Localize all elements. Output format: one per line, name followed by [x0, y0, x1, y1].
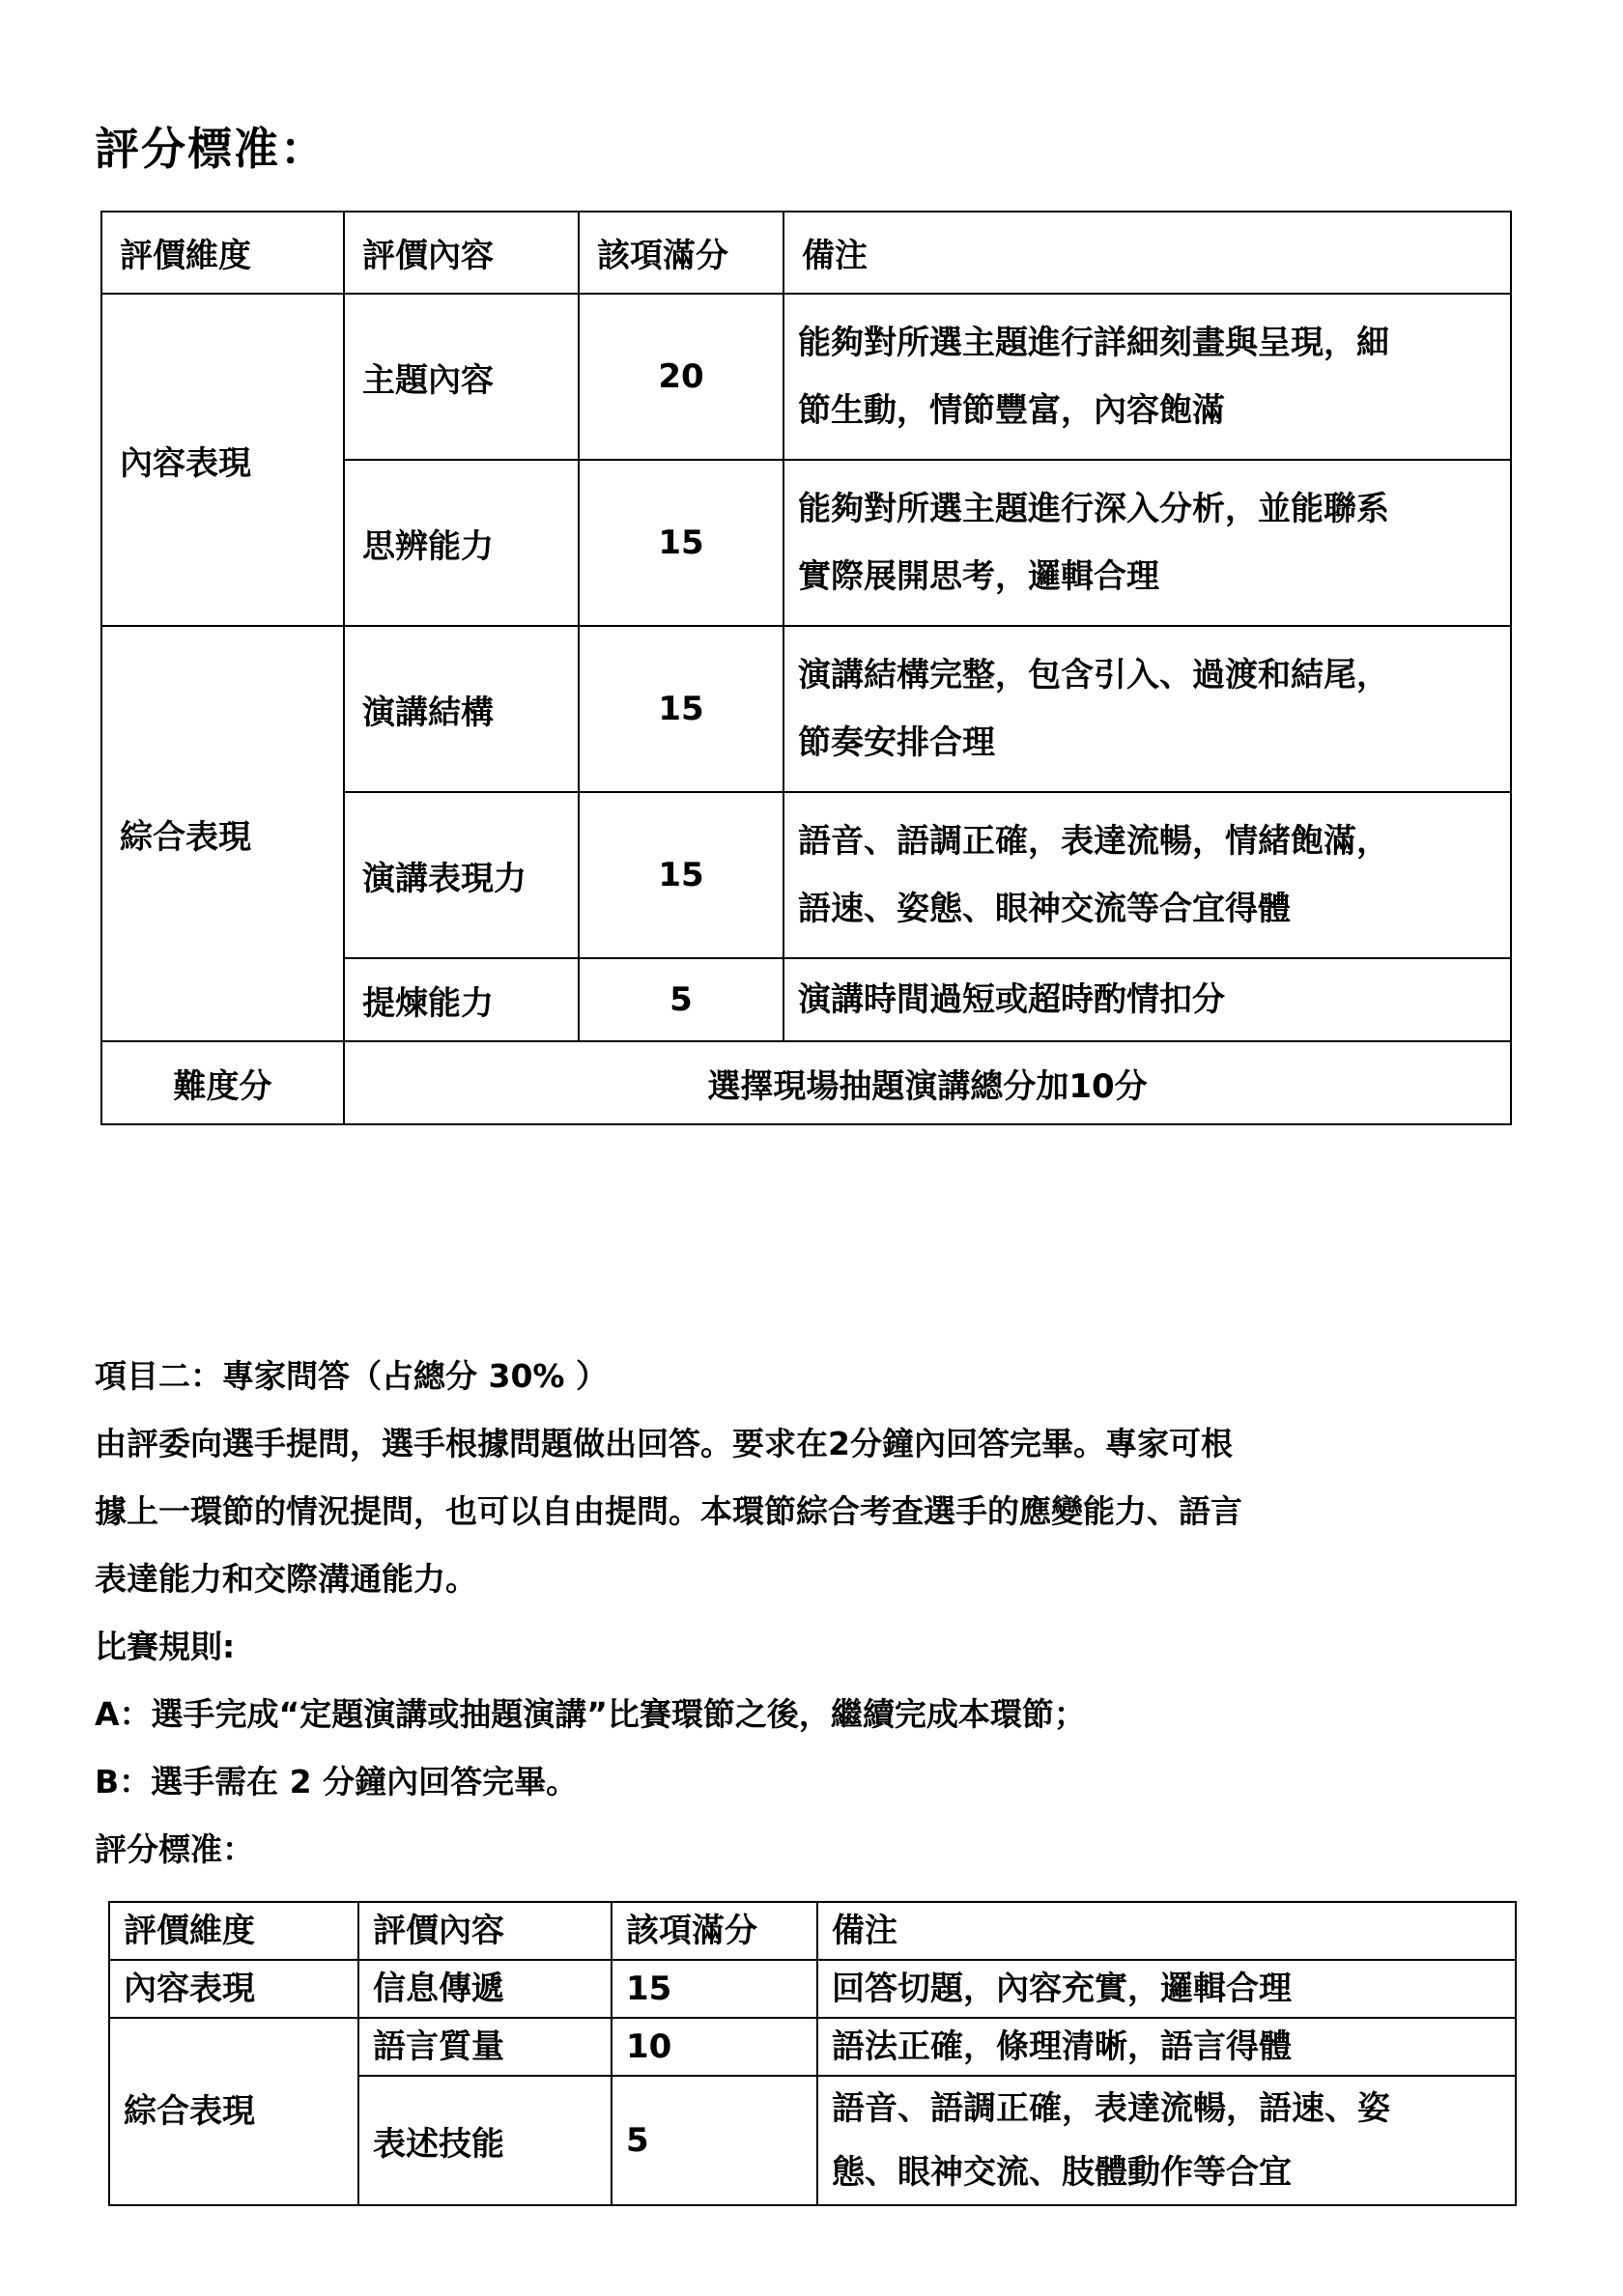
bonus-text: 選擇現場抽題演講總分加10分: [344, 1041, 1511, 1124]
note-line: 語音、語調正確，表達流暢，情緒飽滿，: [798, 808, 1510, 875]
score-cell: 15: [579, 626, 783, 792]
description-line: 表達能力和交際溝通能力。: [95, 1545, 1524, 1613]
score-cell: 10: [612, 2018, 817, 2076]
criteria-title: 評分標准：: [95, 1816, 1524, 1884]
note-cell: 回答切題，內容充實，邏輯合理: [817, 1960, 1516, 2018]
item-cell: 語言質量: [358, 2018, 612, 2076]
note-line: 語音、語調正確，表達流暢，語速、姿: [832, 2077, 1515, 2140]
score-cell: 5: [579, 958, 783, 1041]
item-cell: 表述技能: [358, 2076, 612, 2205]
item-cell: 演講結構: [344, 626, 579, 792]
rule-a: A：選手完成“定題演講或抽題演講”比賽環節之後，繼續完成本環節；: [95, 1681, 1524, 1748]
note-cell: 語音、語調正確，表達流暢，情緒飽滿， 語速、姿態、眼神交流等合宜得體: [783, 792, 1511, 958]
rule-b: B：選手需在 2 分鐘內回答完畢。: [95, 1748, 1524, 1816]
note-line: 節生動，情節豐富，內容飽滿: [798, 377, 1510, 444]
header-full-score: 該項滿分: [612, 1902, 817, 1960]
note-cell: 語音、語調正確，表達流暢，語速、姿 態、眼神交流、肢體動作等合宜: [817, 2076, 1516, 2205]
header-content: 評價內容: [344, 212, 579, 294]
note-cell: 演講時間過短或超時酌情扣分: [783, 958, 1511, 1041]
note-line: 實際展開思考，邏輯合理: [798, 543, 1510, 610]
description-line: 由評委向選手提問，選手根據問題做出回答。要求在2分鐘內回答完畢。專家可根: [95, 1410, 1524, 1478]
header-dimension: 評價維度: [109, 1902, 358, 1960]
header-remarks: 備注: [817, 1902, 1516, 1960]
note-line: 演講結構完整，包含引入、過渡和結尾，: [798, 641, 1510, 709]
header-content: 評價內容: [358, 1902, 612, 1960]
dimension-cell: 內容表現: [109, 1960, 358, 2018]
dimension-cell: 內容表現: [101, 294, 344, 626]
note-line: 演講時間過短或超時酌情扣分: [798, 966, 1510, 1034]
table-header-row: 評價維度 評價內容 該項滿分 備注: [109, 1902, 1516, 1960]
scoring-table-speech: 評價維度 評價內容 該項滿分 備注 內容表現 主題內容 20 能夠對所選主題進行…: [100, 211, 1512, 1125]
header-remarks: 備注: [783, 212, 1511, 294]
note-line: 語速、姿態、眼神交流等合宜得體: [798, 875, 1510, 943]
table-row: 綜合表現 演講結構 15 演講結構完整，包含引入、過渡和結尾， 節奏安排合理: [101, 626, 1511, 792]
note-line: 節奏安排合理: [798, 709, 1510, 777]
table-row: 內容表現 主題內容 20 能夠對所選主題進行詳細刻畫與呈現，細 節生動，情節豐富…: [101, 294, 1511, 460]
note-line: 能夠對所選主題進行詳細刻畫與呈現，細: [798, 309, 1510, 377]
dimension-cell: 綜合表現: [109, 2018, 358, 2205]
note-line: 能夠對所選主題進行深入分析，並能聯系: [798, 475, 1510, 543]
note-cell: 演講結構完整，包含引入、過渡和結尾， 節奏安排合理: [783, 626, 1511, 792]
item-cell: 提煉能力: [344, 958, 579, 1041]
rules-title: 比賽規則:: [95, 1613, 1524, 1681]
score-cell: 15: [579, 792, 783, 958]
note-cell: 能夠對所選主題進行詳細刻畫與呈現，細 節生動，情節豐富，內容飽滿: [783, 294, 1511, 460]
note-line: 態、眼神交流、肢體動作等合宜: [832, 2140, 1515, 2204]
table-header-row: 評價維度 評價內容 該項滿分 備注: [101, 212, 1511, 294]
item-cell: 主題內容: [344, 294, 579, 460]
item-cell: 信息傳遞: [358, 1960, 612, 2018]
note-cell: 能夠對所選主題進行深入分析，並能聯系 實際展開思考，邏輯合理: [783, 460, 1511, 626]
section1-title: 評分標准：: [95, 114, 327, 178]
item-cell: 演講表現力: [344, 792, 579, 958]
table-row: 綜合表現 語言質量 10 語法正確，條理清晰，語言得體: [109, 2018, 1516, 2076]
bonus-label: 難度分: [101, 1041, 344, 1124]
description-line: 據上一環節的情況提問，也可以自由提問。本環節綜合考查選手的應變能力、語言: [95, 1478, 1524, 1545]
note-cell: 語法正確，條理清晰，語言得體: [817, 2018, 1516, 2076]
dimension-cell: 綜合表現: [101, 626, 344, 1041]
score-cell: 15: [612, 1960, 817, 2018]
section2-heading: 項目二：專家問答（占總分 30% ）: [95, 1343, 1524, 1410]
table-row: 內容表現 信息傳遞 15 回答切題，內容充實，邏輯合理: [109, 1960, 1516, 2018]
scoring-table-qa: 評價維度 評價內容 該項滿分 備注 內容表現 信息傳遞 15 回答切題，內容充實…: [108, 1901, 1517, 2206]
score-cell: 5: [612, 2076, 817, 2205]
score-cell: 15: [579, 460, 783, 626]
bonus-row: 難度分 選擇現場抽題演講總分加10分: [101, 1041, 1511, 1124]
header-full-score: 該項滿分: [579, 212, 783, 294]
item-cell: 思辨能力: [344, 460, 579, 626]
header-dimension: 評價維度: [101, 212, 344, 294]
section2: 項目二：專家問答（占總分 30% ） 由評委向選手提問，選手根據問題做出回答。要…: [95, 1343, 1524, 1884]
score-cell: 20: [579, 294, 783, 460]
